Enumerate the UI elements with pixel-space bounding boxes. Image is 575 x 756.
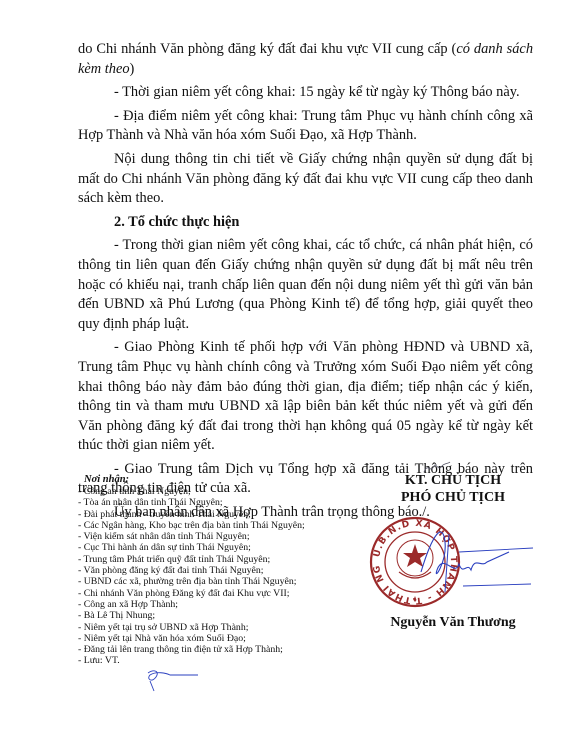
recipient-item: - Công an xã Hợp Thành;	[78, 599, 358, 610]
section-heading-implementation: 2. Tổ chức thực hiện	[78, 213, 533, 233]
recipient-item: - Bà Lê Thị Nhung;	[78, 610, 358, 621]
recipient-item: - Các Ngân hàng, Kho bạc trên địa bàn tỉ…	[78, 520, 358, 531]
seal-and-signature: U.B.N.D XÃ HỢP THÀNH - T.THÁI NGUYÊN	[363, 512, 543, 612]
posting-list-reference: do Chi nhánh Văn phòng đăng ký đất đai k…	[78, 40, 533, 79]
recipient-item: - Văn phòng đăng ký đất đai tỉnh Thái Ng…	[78, 565, 358, 576]
initials-mark-icon	[140, 669, 200, 695]
signature-title-line1: KT. CHỦ TỊCH	[363, 472, 543, 489]
recipient-item: - Viện kiểm sát nhân dân tỉnh Thái Nguyê…	[78, 531, 358, 542]
recipients-list: - Công an tỉnh Thái Nguyên;- Tòa án nhân…	[78, 486, 358, 667]
implementation-paragraph-1: - Trong thời gian niêm yết công khai, cá…	[78, 236, 533, 334]
recipient-item: - Cục Thi hành án dân sự tỉnh Thái Nguyê…	[78, 542, 358, 553]
recipient-item: - Đăng tải lên trang thông tin điện tử x…	[78, 644, 358, 655]
recipient-item: - Công an tỉnh Thái Nguyên;	[78, 486, 358, 497]
reference-text: do Chi nhánh Văn phòng đăng ký đất đai k…	[78, 41, 456, 57]
recipient-item: - Niêm yết tại Nhà văn hóa xóm Suối Đạo;	[78, 633, 358, 644]
recipient-item: - Lưu: VT.	[78, 655, 358, 666]
recipient-item: - Trung tâm Phát triển quỹ đất tỉnh Thái…	[78, 554, 358, 565]
recipient-item: - Đài phát thanh - truyền hình Thái Nguy…	[78, 509, 358, 520]
recipient-item: - UBND các xã, phường trên địa bàn tỉnh …	[78, 576, 358, 587]
posting-time: - Thời gian niêm yết công khai: 15 ngày …	[78, 83, 533, 103]
recipients-label: Nơi nhận:	[84, 474, 358, 486]
reference-suffix: )	[130, 61, 135, 77]
signature-title-line2: PHÓ CHỦ TỊCH	[363, 489, 543, 506]
recipient-item: - Tòa án nhân dân tỉnh Thái Nguyên;	[78, 497, 358, 508]
signer-name: Nguyễn Văn Thương	[363, 614, 543, 631]
recipient-item: - Niêm yết tại trụ sở UBND xã Hợp Thành;	[78, 622, 358, 633]
implementation-paragraph-2: - Giao Phòng Kinh tế phối hợp với Văn ph…	[78, 338, 533, 456]
signature-block: KT. CHỦ TỊCH PHÓ CHỦ TỊCH U.B.N.D XÃ HỢP…	[363, 472, 543, 631]
recipients-block: Nơi nhận: - Công an tỉnh Thái Nguyên;- T…	[78, 474, 358, 667]
official-seal-icon: U.B.N.D XÃ HỢP THÀNH - T.THÁI NGUYÊN	[363, 512, 543, 612]
posting-location: - Địa điểm niêm yết công khai: Trung tâm…	[78, 107, 533, 146]
document-body: do Chi nhánh Văn phòng đăng ký đất đai k…	[78, 40, 533, 527]
recipient-item: - Chi nhánh Văn phòng Đăng ký đất đai Kh…	[78, 588, 358, 599]
detail-content: Nội dung thông tin chi tiết về Giấy chứn…	[78, 150, 533, 209]
